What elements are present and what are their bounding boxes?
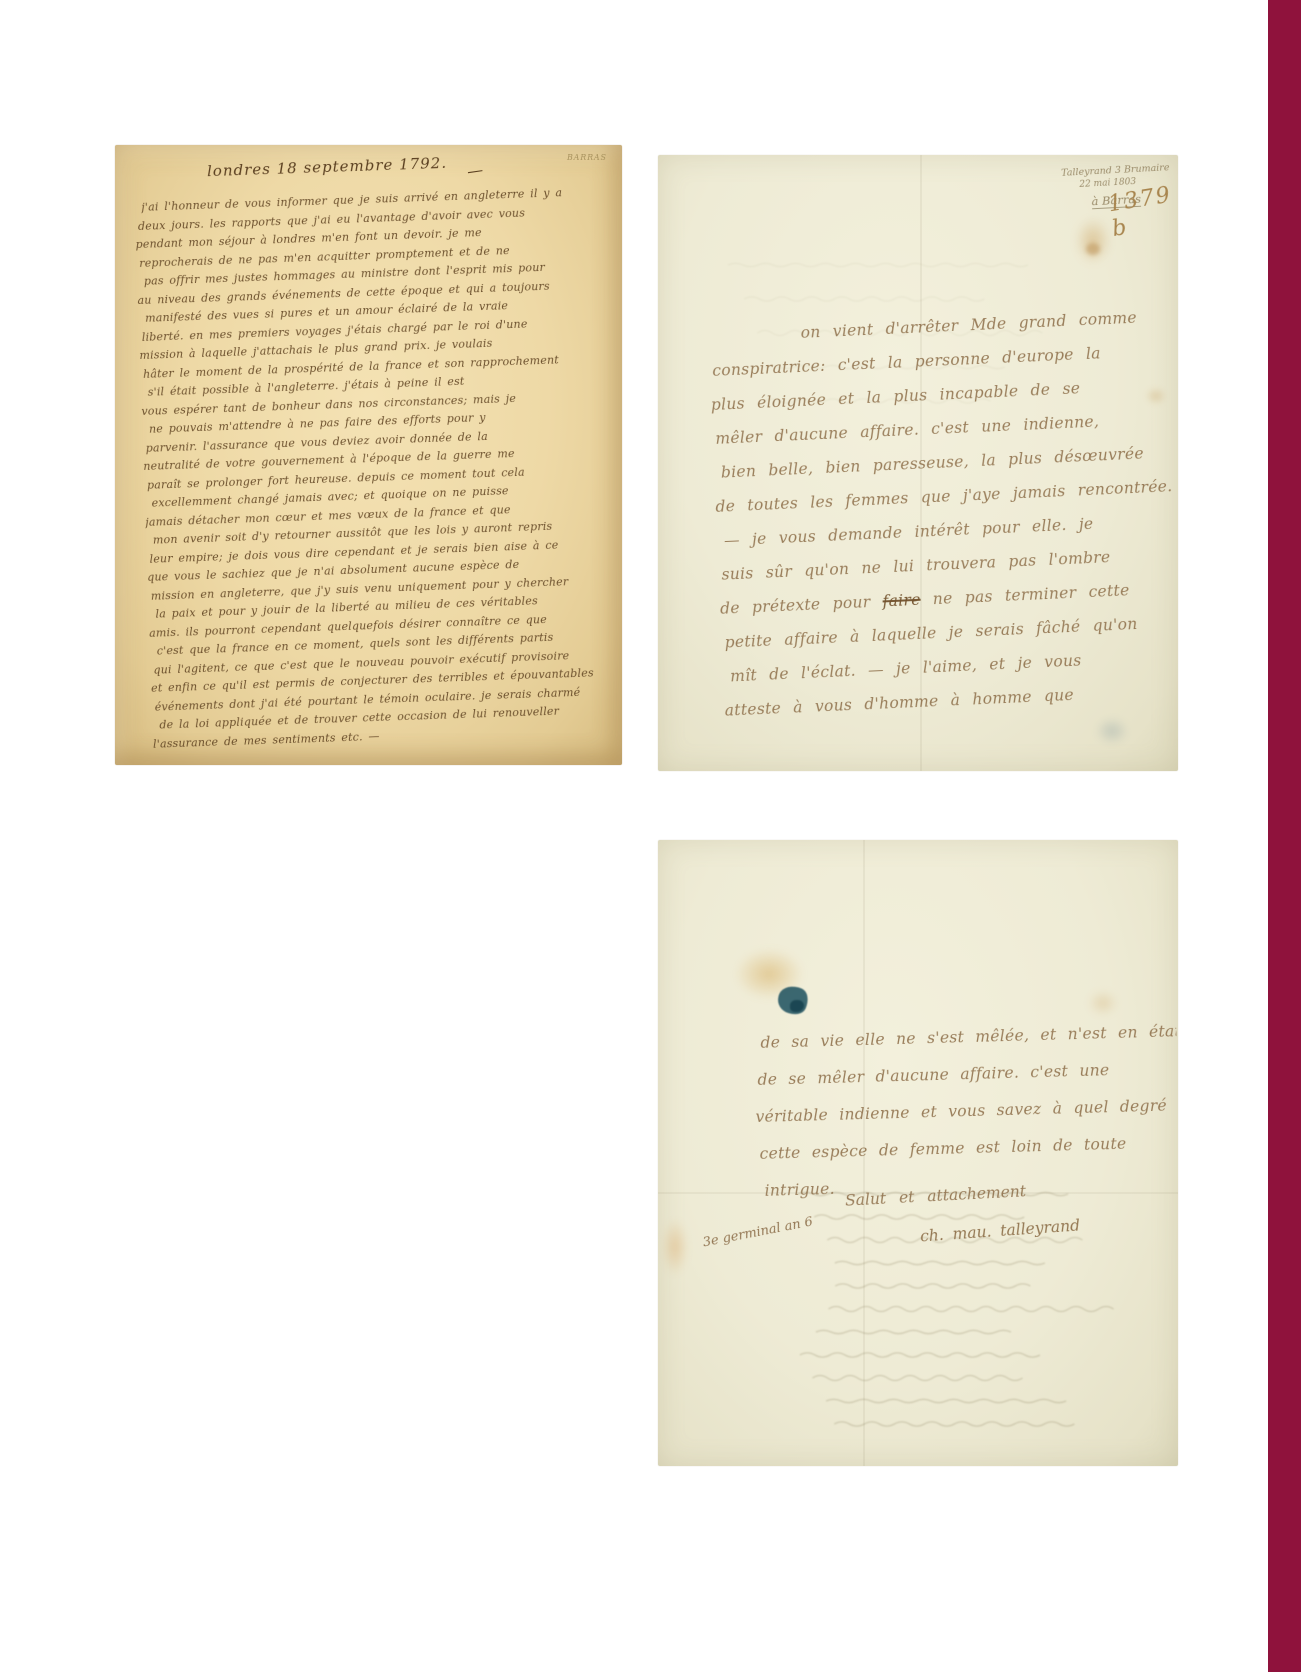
accent-bar bbox=[1268, 0, 1301, 1672]
ghost-squiggle bbox=[728, 263, 1028, 266]
ghost-squiggle bbox=[812, 1376, 1022, 1381]
ghost-squiggle bbox=[816, 1330, 1011, 1333]
letter-1792-manuscript: londres 18 septembre 1792. — BARRAS j'ai… bbox=[115, 145, 622, 765]
paper-stain bbox=[1088, 990, 1118, 1016]
ghost-squiggle bbox=[835, 1261, 1045, 1264]
letter3-date-note: 3e germinal an 6 bbox=[702, 1214, 815, 1250]
letter-talleyrand-recto: Talleyrand 3 Brumaire 22 mai 1803 à Barr… bbox=[658, 155, 1178, 771]
letter1-dateline: londres 18 septembre 1792. bbox=[207, 154, 448, 180]
paper-stain bbox=[1075, 217, 1111, 265]
ghost-squiggle bbox=[814, 1215, 1024, 1219]
letter-talleyrand-verso: de sa vie elle ne s'est mêlée, et n'est … bbox=[658, 840, 1178, 1466]
paper-stain bbox=[1095, 717, 1129, 745]
ghost-squiggle bbox=[744, 297, 984, 301]
letter3-signature: ch. mau. talleyrand bbox=[920, 1216, 1081, 1245]
catalog-page: londres 18 septembre 1792. — BARRAS j'ai… bbox=[0, 0, 1301, 1672]
letter1-flourish-dash: — bbox=[466, 160, 484, 181]
paper-stain bbox=[662, 1218, 688, 1276]
letter2-body-text: on vient d'arrêter Mde grand commeconspi… bbox=[710, 299, 1178, 728]
show-through-ghost-writing bbox=[658, 1180, 1178, 1466]
ghost-squiggle bbox=[829, 1307, 1114, 1312]
paper-stain bbox=[1086, 243, 1100, 255]
letter3-body-text: de sa vie elle ne s'est mêlée, et n'est … bbox=[756, 1013, 1178, 1210]
catalog-number: 1379 b bbox=[1107, 182, 1178, 242]
letter1-corner-annotation: BARRAS bbox=[567, 153, 607, 162]
ghost-squiggle bbox=[800, 1353, 1040, 1357]
struck-word: faire bbox=[882, 591, 921, 611]
ghost-squiggle bbox=[834, 1422, 1074, 1426]
letter1-body-text: j'ai l'honneur de vous informer que je s… bbox=[137, 182, 622, 753]
